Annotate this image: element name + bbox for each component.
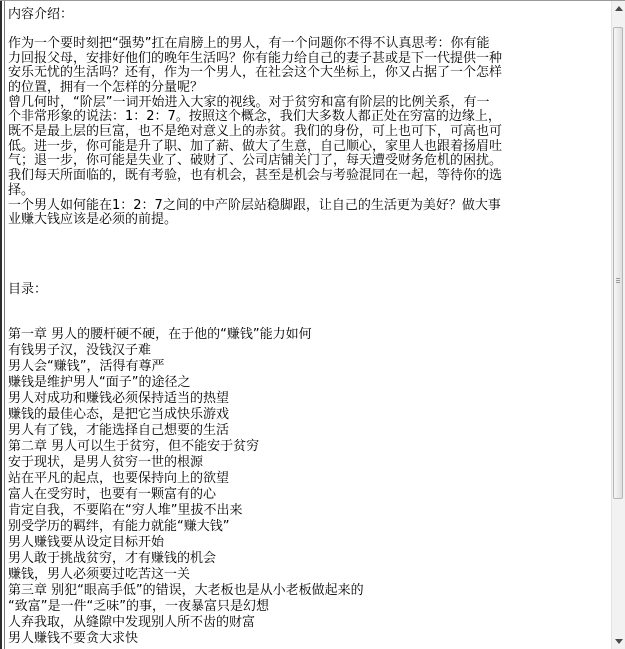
intro-line: 个非常形象的说法：1：2：7。按照这个概念，我们大多数人都正处在穷富的边缘上，	[8, 110, 603, 125]
toc-line: 肯定自我，不要陷在“穷人堆”里拔不出来	[8, 503, 603, 519]
window-border-top	[0, 0, 625, 1]
toc-line: 站在平凡的起点，也要保持向上的欲望	[8, 471, 603, 487]
scrollbar-down-button[interactable]	[612, 635, 625, 647]
text-content: 内容介绍： 作为一个要时刻把“强势”扛在肩膀上的男人，有一个问题你不得不认真思考…	[8, 8, 603, 647]
toc-line: 别受学历的羁绊，有能力就能“赚大钱”	[8, 519, 603, 535]
vertical-scrollbar[interactable]	[611, 1, 625, 649]
intro-line: 择。	[8, 184, 603, 199]
toc-line: 安于现状，是男人贫穷一世的根源	[8, 455, 603, 471]
toc-line: 男人会“赚钱”，活得有尊严	[8, 359, 603, 375]
toc-line: 人弃我取，从缝隙中发现别人所不齿的财富	[8, 615, 603, 631]
toc-line: 第三章 别犯“眼高手低”的错误，大老板也是从小老板做起来的	[8, 583, 603, 599]
toc-line: 赚钱是维护男人“面子”的途径之	[8, 375, 603, 391]
toc-line: 男人敢于挑战贫穷，才有赚钱的机会	[8, 551, 603, 567]
thumb-gripper-icon	[616, 278, 620, 284]
intro-heading: 内容介绍：	[8, 8, 603, 23]
toc-line: 赚钱的最佳心态，是把它当成快乐游戏	[8, 407, 603, 423]
toc-line: 赚钱，男人必须要过吃苦这一关	[8, 567, 603, 583]
intro-line: 我们每天所面临的，既有考验，也有机会，甚至是机会与考验混同在一起，等待你的选	[8, 169, 603, 184]
intro-line: 业赚大钱应该是必须的前提。	[8, 213, 603, 228]
toc-line: 男人有了钱，才能选择自己想要的生活	[8, 423, 603, 439]
toc-line: “致富”是一件“乏味”的事，一夜暴富只是幻想	[8, 599, 603, 615]
blank-line	[8, 228, 603, 283]
document-page: 内容介绍： 作为一个要时刻把“强势”扛在肩膀上的男人，有一个问题你不得不认真思考…	[0, 0, 625, 649]
intro-line: 的位置，拥有一个怎样的分量呢？	[8, 81, 603, 96]
toc-line: 第一章 男人的腰杆硬不硬，在于他的“赚钱”能力如何	[8, 327, 603, 343]
intro-line: 既不是最上层的巨富，也不是绝对意义上的赤贫。我们的身份，可上也可下，可高也可	[8, 125, 603, 140]
up-arrow-icon	[615, 6, 623, 11]
intro-line: 气；退一步，你可能是失业了、破财了、公司店铺关门了，每天遭受财务危机的困扰。	[8, 154, 603, 169]
down-arrow-icon	[615, 639, 623, 644]
window-border-left-inner	[4, 0, 5, 649]
blank-line	[8, 23, 603, 37]
toc-line: 富人在受穷时，也要有一颗富有的心	[8, 487, 603, 503]
toc-line: 第二章 男人可以生于贫穷，但不能安于贫穷	[8, 439, 603, 455]
intro-line: 安乐无忧的生活吗？还有，作为一个男人，在社会这个大坐标上，你又占据了一个怎样	[8, 66, 603, 81]
window-border-left	[0, 0, 2, 649]
scrollbar-thumb[interactable]	[613, 27, 623, 499]
scrollbar-up-button[interactable]	[612, 1, 625, 16]
intro-line: 作为一个要时刻把“强势”扛在肩膀上的男人，有一个问题你不得不认真思考：你有能	[8, 37, 603, 52]
table-of-contents: 第一章 男人的腰杆硬不硬，在于他的“赚钱”能力如何 有钱男子汉，没钱汉子难 男人…	[8, 327, 603, 647]
toc-line: 男人对成功和赚钱必须保持适当的热望	[8, 391, 603, 407]
toc-line: 男人赚钱不要贪大求快	[8, 631, 603, 647]
toc-line: 有钱男子汉，没钱汉子难	[8, 343, 603, 359]
toc-line: 男人赚钱要从设定目标开始	[8, 535, 603, 551]
blank-line	[8, 298, 603, 327]
toc-heading: 目录：	[8, 283, 603, 298]
